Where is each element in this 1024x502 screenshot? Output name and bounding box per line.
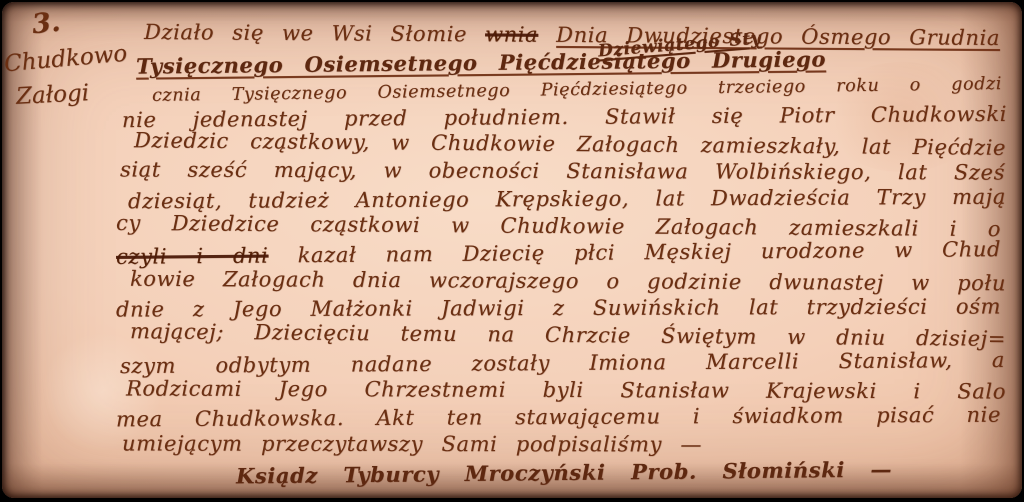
handwritten-text: siąt sześć mający, w obecności Stanisław… xyxy=(120,158,1005,185)
margin-place-name-line1: Chudkowo xyxy=(3,41,128,78)
handwritten-text: Działo się we Wsi Słomie xyxy=(144,20,485,46)
handwritten-text xyxy=(538,23,556,47)
record-line-6: siąt sześć mający, w obecności Stanisław… xyxy=(120,157,1005,187)
record-line-10: kowie Załogach dnia wczorajszego o godzi… xyxy=(130,265,1006,297)
handwritten-text: umiejącym przeczytawszy Sami podpisaliśm… xyxy=(122,432,702,457)
record-line-17: Ksiądz Tyburcy Mroczyński Prob. Słomińsk… xyxy=(236,455,892,489)
handwritten-text: Ksiądz Tyburcy Mroczyński Prob. Słomińsk… xyxy=(236,456,892,488)
handwritten-text: mea Chudkowska. Akt ten stawającemu i św… xyxy=(116,403,1001,432)
handwritten-text: dnie z Jego Małżonki Jadwigi z Suwińskic… xyxy=(116,294,1001,321)
handwritten-text: szym odbytym nadane zostały Imiona Marce… xyxy=(120,347,1005,377)
handwritten-text: mającej; Dziecięciu temu na Chrzcie Świę… xyxy=(130,319,1006,351)
handwritten-text: Dziedzic cząstkowy, w Chudkowie Załogach… xyxy=(134,128,1006,160)
record-line-16: umiejącym przeczytawszy Sami podpisaliśm… xyxy=(122,431,702,459)
handwritten-text: kazał nam Dziecię płci Męskiej urodzone … xyxy=(268,238,1001,268)
handwritten-text: dziesiąt, tudzież Antoniego Krępskiego, … xyxy=(128,184,1006,213)
record-lines: Działo się we Wsi Słomie wnia Dnia Dwudz… xyxy=(114,22,1006,486)
record-line-14: Rodzicami Jego Chrzestnemi byli Stanisła… xyxy=(126,375,1006,405)
margin-place-name-line2: Załogi xyxy=(15,80,89,110)
scanned-document-page: 3. Chudkowo Załogi Działo się we Wsi Sło… xyxy=(2,2,1022,498)
handwritten-text: Rodzicami Jego Chrzestnemi byli Stanisła… xyxy=(126,376,1006,403)
handwritten-text: cznia Tysięcznego Osiemsetnego Pięćdzies… xyxy=(152,74,1002,106)
act-number: 3. xyxy=(30,7,61,41)
handwritten-text: kowie Załogach dnia wczorajszego o godzi… xyxy=(130,266,1006,295)
record-line-15: mea Chudkowska. Akt ten stawającemu i św… xyxy=(116,402,1001,434)
struck-text: wnia xyxy=(485,22,538,46)
